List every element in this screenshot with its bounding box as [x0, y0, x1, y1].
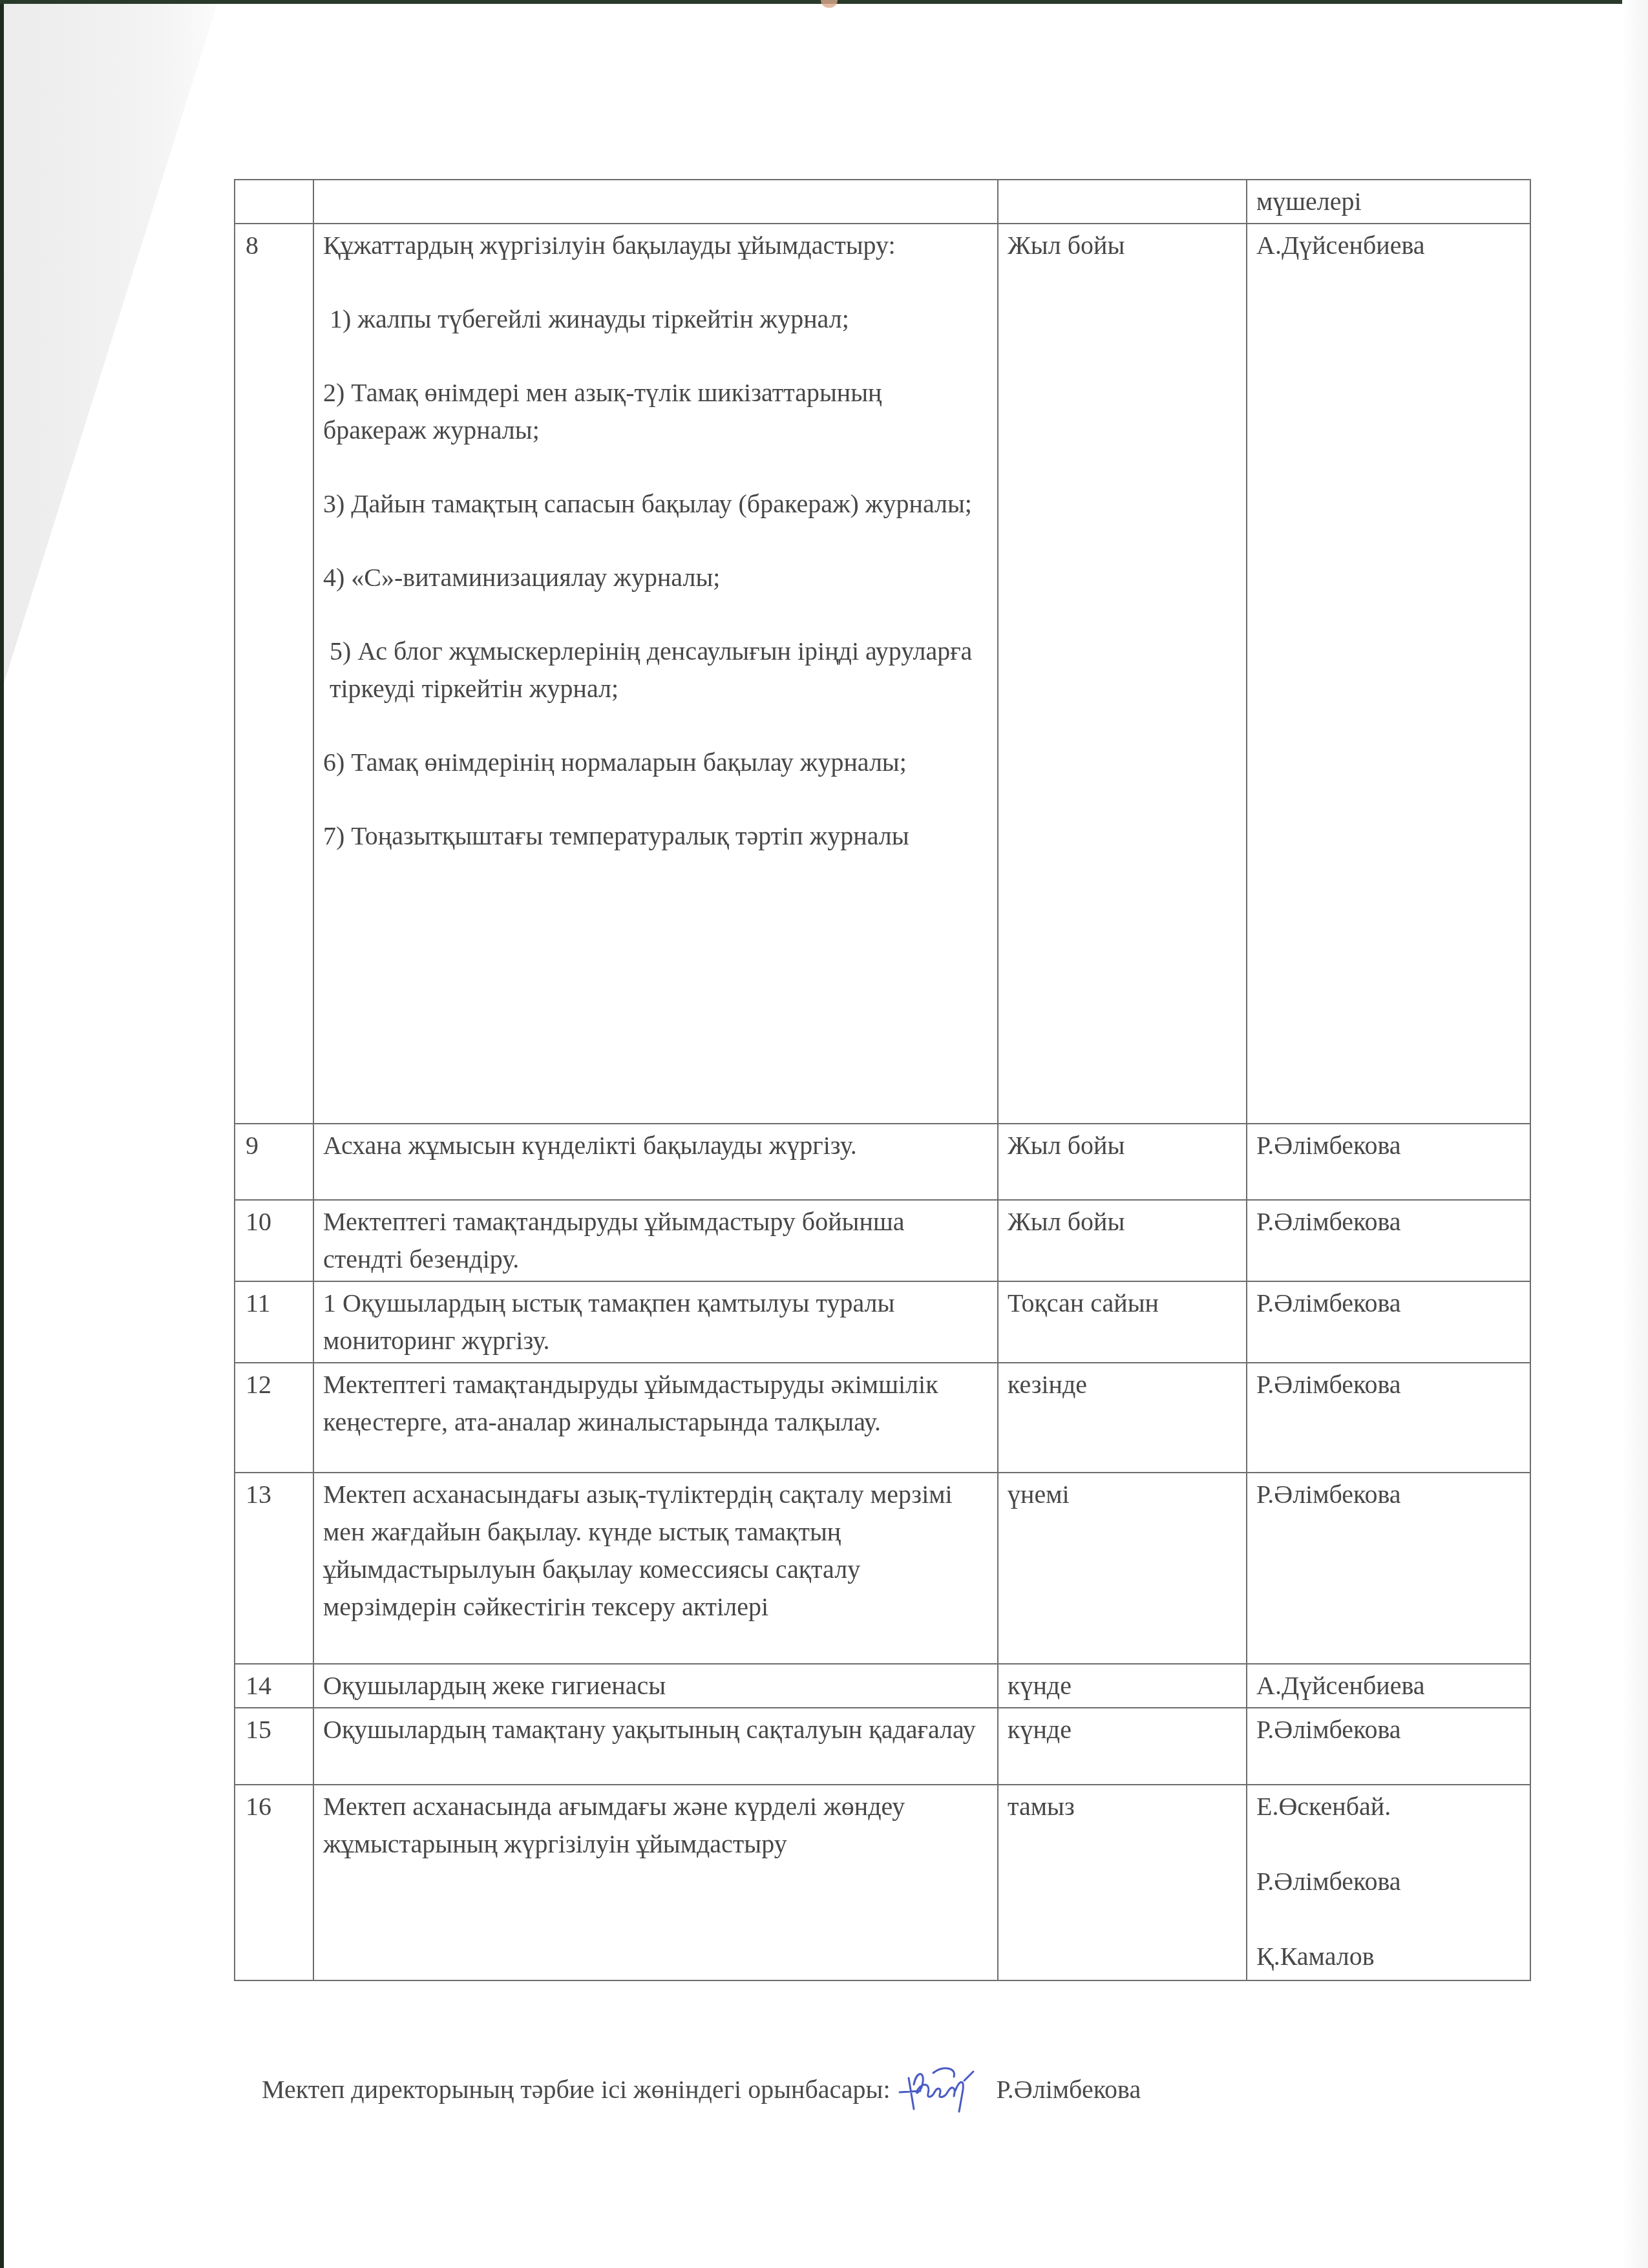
row-action: Оқушылардың жеке гигиенасы: [313, 1664, 998, 1708]
plan-table: мүшелері 8 Құжаттардың жүргізілуін бақыл…: [234, 179, 1531, 1981]
row-responsible: А.Дүйсенбиева: [1247, 1664, 1530, 1708]
row-date: Жыл бойы: [998, 224, 1247, 1124]
row-responsible: Р.Әлімбекова: [1247, 1473, 1530, 1664]
journal-item: 5) Ас блог жұмыскерлерінің денсаулығын і…: [323, 633, 988, 708]
row-number: 16: [235, 1785, 313, 1980]
row-number: 15: [235, 1708, 313, 1785]
row-number: 8: [235, 224, 313, 1124]
responsible-person: Р.Әлімбекова: [1256, 1127, 1521, 1164]
row-number: 11: [235, 1281, 313, 1363]
table-row: 9 Асхана жұмысын күнделікті бақылауды жү…: [235, 1124, 1530, 1200]
row-action: Мектеп асханасында ағымдағы және күрделі…: [313, 1785, 998, 1980]
row-action: Оқушылардың тамақтану уақытының сақталуы…: [313, 1708, 998, 1785]
table-row: 8 Құжаттардың жүргізілуін бақылауды ұйым…: [235, 224, 1530, 1124]
row-action: Асхана жұмысын күнделікті бақылауды жүрг…: [313, 1124, 998, 1200]
row-date: күнде: [998, 1708, 1247, 1785]
table-row: 10 Мектептегі тамақтандыруды ұйымдастыру…: [235, 1200, 1530, 1281]
row-responsible: мүшелері: [1247, 180, 1530, 224]
action-title: Құжаттардың жүргізілуін бақылауды ұйымда…: [323, 231, 896, 260]
table-row: 11 1 Оқушылардың ыстық тамақпен қамтылуы…: [235, 1281, 1530, 1363]
row-action: Мектептегі тамақтандыруды ұйымдастыру бо…: [313, 1200, 998, 1281]
table-row-continued: мүшелері: [235, 180, 1530, 224]
row-action: 1 Оқушылардың ыстық тамақпен қамтылуы ту…: [313, 1281, 998, 1363]
table-row: 15 Оқушылардың тамақтану уақытының сақта…: [235, 1708, 1530, 1785]
row-number: 13: [235, 1473, 313, 1664]
row-responsible: Р.Әлімбекова: [1247, 1363, 1530, 1473]
row-date: Тоқсан сайын: [998, 1281, 1247, 1363]
row-responsible: Р.Әлімбекова: [1247, 1281, 1530, 1363]
row-number: 12: [235, 1363, 313, 1473]
handwritten-signature-icon: [894, 2066, 991, 2112]
row-date: тамыз: [998, 1785, 1247, 1980]
table-row: 14 Оқушылардың жеке гигиенасы күнде А.Дү…: [235, 1664, 1530, 1708]
journal-item: 3) Дайын тамақтың сапасын бақылау (браке…: [323, 485, 988, 523]
responsible-person: Р.Әлімбекова: [1256, 1711, 1521, 1748]
table-row: 16 Мектеп асханасында ағымдағы және күрд…: [235, 1785, 1530, 1980]
row-date: Жыл бойы: [998, 1124, 1247, 1200]
responsible-person: Р.Әлімбекова: [1256, 1285, 1521, 1322]
row-action: Мектеп асханасындағы азық-түліктердің са…: [313, 1473, 998, 1664]
row-date: Жыл бойы: [998, 1200, 1247, 1281]
table-row: 12 Мектептегі тамақтандыруды ұйымдастыру…: [235, 1363, 1530, 1473]
signer-name: Р.Әлімбекова: [997, 2074, 1141, 2105]
row-date: үнемі: [998, 1473, 1247, 1664]
journal-item: 7) Тоңазытқыштағы температуралық тәртіп …: [323, 817, 988, 855]
responsible-person: А.Дүйсенбиева: [1256, 1667, 1521, 1705]
journal-item: 6) Тамақ өнімдерінің нормаларын бақылау …: [323, 744, 988, 781]
responsible-person: Р.Әлімбекова: [1256, 1863, 1521, 1900]
row-responsible: А.Дүйсенбиева: [1247, 224, 1530, 1124]
row-action: [313, 180, 998, 224]
responsible-person: Р.Әлімбекова: [1256, 1476, 1521, 1513]
responsible-person: Е.Өскенбай.: [1256, 1788, 1521, 1825]
row-number: 9: [235, 1124, 313, 1200]
row-action: Құжаттардың жүргізілуін бақылауды ұйымда…: [313, 224, 998, 1124]
journal-item: 1) жалпы түбегейлі жинауды тіркейтін жур…: [323, 300, 988, 338]
row-responsible: Р.Әлімбекова: [1247, 1124, 1530, 1200]
journal-item: 2) Тамақ өнімдері мен азық-түлік шикізат…: [323, 374, 988, 449]
row-responsible: Е.Өскенбай. Р.Әлімбекова Қ.Камалов: [1247, 1785, 1530, 1980]
row-action: Мектептегі тамақтандыруды ұйымдастыруды …: [313, 1363, 998, 1473]
responsible-person: Р.Әлімбекова: [1256, 1203, 1521, 1241]
row-date: кезінде: [998, 1363, 1247, 1473]
row-responsible: Р.Әлімбекова: [1247, 1200, 1530, 1281]
row-number: 14: [235, 1664, 313, 1708]
row-number: [235, 180, 313, 224]
signature-block: Мектеп директорының тәрбие ісі жөніндегі…: [262, 2066, 1141, 2112]
scan-right-edge: [1622, 0, 1648, 2268]
responsible-person: А.Дүйсенбиева: [1256, 227, 1521, 264]
responsible-person: Қ.Камалов: [1256, 1938, 1521, 1975]
row-date: [998, 180, 1247, 224]
row-date: күнде: [998, 1664, 1247, 1708]
position-label: Мектеп директорының тәрбие ісі жөніндегі…: [262, 2074, 891, 2105]
journal-item: 4) «С»-витаминизациялау журналы;: [323, 559, 988, 596]
row-number: 10: [235, 1200, 313, 1281]
row-responsible: Р.Әлімбекова: [1247, 1708, 1530, 1785]
table-row: 13 Мектеп асханасындағы азық-түліктердің…: [235, 1473, 1530, 1664]
responsible-person: Р.Әлімбекова: [1256, 1366, 1521, 1403]
